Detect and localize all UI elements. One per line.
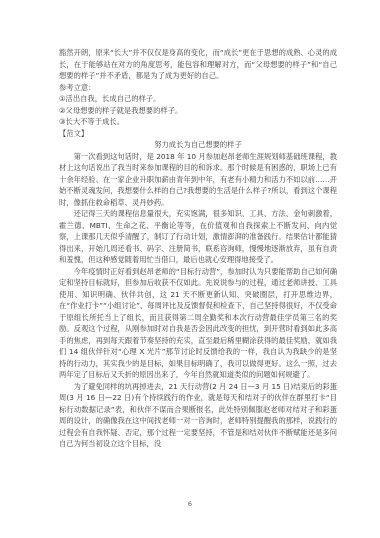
essay-paragraph-2: 还记得三天的课程信息量很大，充实饱满，很多知识、工具、方法、金句刺激着，霍兰德、… bbox=[59, 208, 337, 266]
document-page: 豁然开朗，原来“长大”并不仅仅是身高的变化，而“成长”更在于思想的成熟、心灵的成… bbox=[0, 0, 380, 538]
continuation-paragraph: 豁然开朗，原来“长大”并不仅仅是身高的变化，而“成长”更在于思想的成熟、心灵的成… bbox=[59, 47, 337, 82]
intent-point-3: ③长大不等于成长。 bbox=[59, 116, 337, 128]
reference-intent-heading: 参考立意： bbox=[59, 82, 337, 94]
page-number: 6 bbox=[0, 500, 380, 508]
intent-point-2: ②父母想要的样子就是我想要的样子。 bbox=[59, 105, 337, 117]
intent-point-1: ①活出自我，长成自己的样子。 bbox=[59, 93, 337, 105]
essay-paragraph-4: 为了避免同样的坑再掉进去，21 天行动营(2 月 24 日—3 月 15 日)结… bbox=[59, 381, 337, 450]
essay-paragraph-1: 第一次看到这句话时，是 2018 年 10 月参加赵昂老师生涯规划师基础班课程，… bbox=[59, 151, 337, 209]
model-essay-label: 【范文】 bbox=[59, 128, 337, 140]
essay-title: 努力成长为自己想要的样子 bbox=[59, 139, 337, 151]
essay-paragraph-3: 今年疫情时正好看到赵昂老师的“目标行动营”，参加时认为只要能帮助自己如何确定和坚… bbox=[59, 266, 337, 381]
text-block: 豁然开朗，原来“长大”并不仅仅是身高的变化，而“成长”更在于思想的成熟、心灵的成… bbox=[59, 47, 337, 450]
